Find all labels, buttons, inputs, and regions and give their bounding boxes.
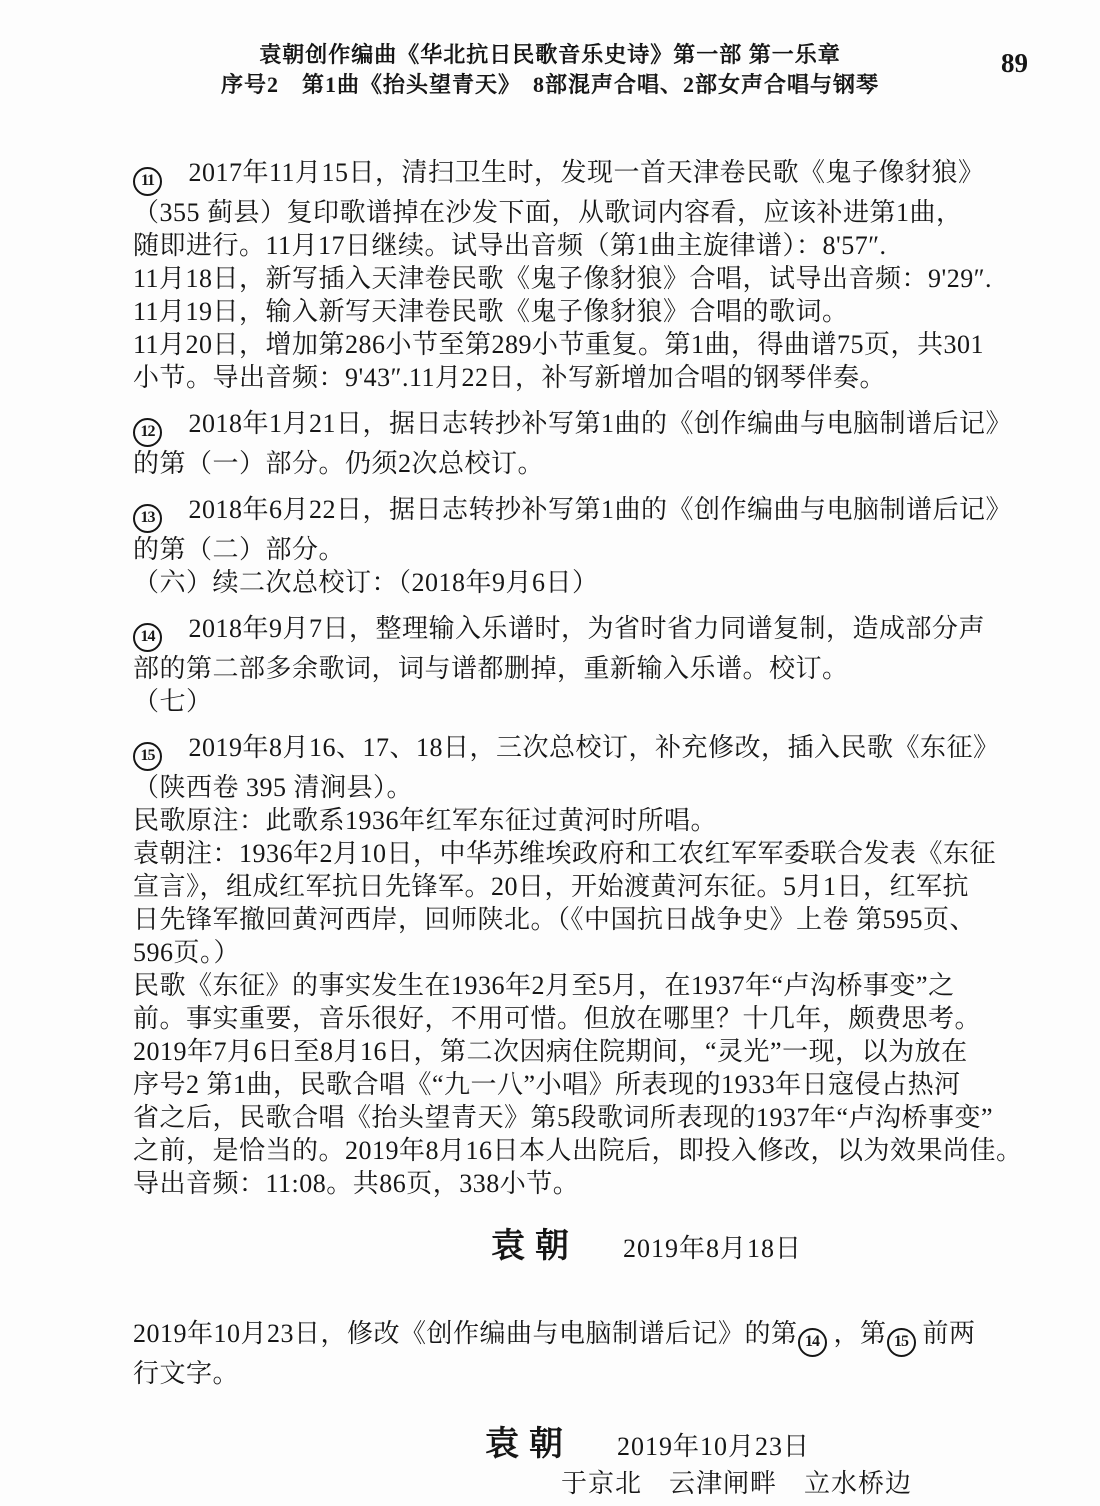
text-segment: 随即进行。11月17日继续。试导出音频（第1曲主旋律谱）：8'57″. [133,231,887,260]
text-segment: （六）续二次总校订：（2018年9月6日） [133,568,599,597]
text-line: （七） [133,685,1012,718]
text-line: 民歌《东征》的事实发生在1936年2月至5月，在1937年“卢沟桥事变”之 [133,969,1012,1002]
text-segment: 2019年10月23日，修改《创作编曲与电脑制谱后记》的第 [133,1319,798,1348]
text-line: 小节。导出音频：9'43″.11月22日，补写新增加合唱的钢琴伴奏。 [133,361,1012,394]
document-content: 11 2017年11月15日，清扫卫生时，发现一首天津卷民歌《鬼子像豺狼》（35… [133,156,1012,1501]
text-line: 导出音频：11:08。共86页，338小节。 [133,1167,1012,1200]
text-segment: 序号2 第1曲，民歌合唱《“九一八”小唱》所表现的1933年日寇侵占热河 [133,1070,961,1099]
circled-number-14: 14 [798,1328,827,1357]
text-line: 11月18日，新写插入天津卷民歌《鬼子像豺狼》合唱，试导出音频：9'29″. [133,262,1012,295]
text-line: 的第（一）部分。仍须2次总校订。 [133,447,1012,480]
text-line: 省之后，民歌合唱《抬头望青天》第5段歌词所表现的1937年“卢沟桥事变” [133,1101,1012,1134]
text-segment: 的第（一）部分。仍须2次总校订。 [133,449,544,478]
text-line: 2019年10月23日，修改《创作编曲与电脑制谱后记》的第14 ，第15 前两 [133,1317,1012,1357]
text-segment: ，第 [827,1319,887,1348]
text-line: （六）续二次总校订：（2018年9月6日） [133,566,1012,599]
text-line: 596页。） [133,936,1012,969]
text-segment: 行文字。 [133,1359,239,1388]
text-segment: 2018年9月7日，整理输入乐谱时，为省时省力同谱复制，造成部分声 [162,614,985,643]
circled-number-11: 11 [133,167,162,196]
text-line: 袁朝注：1936年2月10日，中华苏维埃政府和工农红军军委联合发表《东征 [133,837,1012,870]
text-line: 11月19日，输入新写天津卷民歌《鬼子像豺狼》合唱的歌词。 [133,295,1012,328]
text-line: 随即进行。11月17日继续。试导出音频（第1曲主旋律谱）：8'57″. [133,229,1012,262]
text-segment: 民歌原注：此歌系1936年红军东征过黄河时所唱。 [133,806,717,835]
circled-number-12: 12 [133,418,162,447]
text-line: 民歌原注：此歌系1936年红军东征过黄河时所唱。 [133,804,1012,837]
text-line: 日先锋军撤回黄河西岸，回师陕北。（《中国抗日战争史》上卷 第595页、 [133,903,1012,936]
signature-date: 2019年8月18日 [623,1228,802,1265]
text-segment: 日先锋军撤回黄河西岸，回师陕北。（《中国抗日战争史》上卷 第595页、 [133,905,976,934]
text-segment: 2019年7月6日至8月16日，第二次因病住院期间，“灵光”一现，以为放在 [133,1037,968,1066]
text-line: 12 2018年1月21日，据日志转抄补写第1曲的《创作编曲与电脑制谱后记》 [133,407,1012,447]
signature-name: 袁朝 [485,1416,573,1465]
signature-location: 于京北 云津闸畔 立水桥边 [133,1467,1012,1501]
signature-date: 2019年10月23日 [617,1426,810,1463]
text-line: 14 2018年9月7日，整理输入乐谱时，为省时省力同谱复制，造成部分声 [133,612,1012,652]
text-line: 行文字。 [133,1357,1012,1390]
text-segment: 前。事实重要，音乐很好，不用可惜。但放在哪里？十几年，颇费思考。 [133,1004,981,1033]
text-line: （陕西卷 395 清涧县）。 [133,771,1012,804]
paragraph: 15 2019年8月16、17、18日，三次总校订，补充修改，插入民歌《东征》（… [133,731,1012,1200]
text-segment: 11月19日，输入新写天津卷民歌《鬼子像豺狼》合唱的歌词。 [133,297,849,326]
text-segment: 2017年11月15日，清扫卫生时，发现一首天津卷民歌《鬼子像豺狼》 [162,158,985,187]
text-line: 序号2 第1曲，民歌合唱《“九一八”小唱》所表现的1933年日寇侵占热河 [133,1068,1012,1101]
text-segment: 596页。） [133,938,240,967]
text-line: 15 2019年8月16、17、18日，三次总校订，补充修改，插入民歌《东征》 [133,731,1012,771]
paragraph: 11 2017年11月15日，清扫卫生时，发现一首天津卷民歌《鬼子像豺狼》（35… [133,156,1012,394]
text-segment: 宣言》，组成红军抗日先锋军。20日，开始渡黄河东征。5月1日，红军抗 [133,872,969,901]
text-segment: （355 蓟县）复印歌谱掉在沙发下面，从歌词内容看，应该补进第1曲， [133,198,963,227]
text-segment: （陕西卷 395 清涧县）。 [133,773,413,802]
signature-block-1: 袁朝 2019年8月18日 [133,1218,1012,1267]
text-segment: 之前，是恰当的。2019年8月16日本人出院后，即投入修改，以为效果尚佳。 [133,1136,1023,1165]
text-line: 的第（二）部分。 [133,533,1012,566]
text-segment: 11月18日，新写插入天津卷民歌《鬼子像豺狼》合唱，试导出音频：9'29″. [133,264,992,293]
text-segment: 2018年1月21日，据日志转抄补写第1曲的《创作编曲与电脑制谱后记》 [162,409,1012,438]
circled-number-13: 13 [133,504,162,533]
signature-name: 袁朝 [491,1218,579,1267]
text-segment: 2019年8月16、17、18日，三次总校订，补充修改，插入民歌《东征》 [162,733,1000,762]
signature-block-2: 袁朝 2019年10月23日 [133,1416,1012,1465]
text-segment: （七） [133,687,213,716]
circled-number-15: 15 [133,742,162,771]
text-segment: 2018年6月22日，据日志转抄补写第1曲的《创作编曲与电脑制谱后记》 [162,495,1012,524]
text-segment: 省之后，民歌合唱《抬头望青天》第5段歌词所表现的1937年“卢沟桥事变” [133,1103,993,1132]
text-segment: 的第（二）部分。 [133,535,345,564]
header-line-2: 序号2 第1曲《抬头望青天》 8部混声合唱、2部女声合唱与钢琴 [0,70,1100,100]
text-line: 部的第二部多余歌词，词与谱都删掉，重新输入乐谱。校订。 [133,652,1012,685]
text-line: 11 2017年11月15日，清扫卫生时，发现一首天津卷民歌《鬼子像豺狼》 [133,156,1012,196]
paragraph: 13 2018年6月22日，据日志转抄补写第1曲的《创作编曲与电脑制谱后记》的第… [133,493,1012,599]
text-line: 前。事实重要，音乐很好，不用可惜。但放在哪里？十几年，颇费思考。 [133,1002,1012,1035]
circled-number-14: 14 [133,623,162,652]
text-segment: 前两 [916,1319,976,1348]
text-line: （355 蓟县）复印歌谱掉在沙发下面，从歌词内容看，应该补进第1曲， [133,196,1012,229]
text-line: 13 2018年6月22日，据日志转抄补写第1曲的《创作编曲与电脑制谱后记》 [133,493,1012,533]
page-header: 袁朝创作编曲《华北抗日民歌音乐史诗》第一部 第一乐章 序号2 第1曲《抬头望青天… [0,0,1100,100]
text-line: 之前，是恰当的。2019年8月16日本人出院后，即投入修改，以为效果尚佳。 [133,1134,1012,1167]
paragraph: 12 2018年1月21日，据日志转抄补写第1曲的《创作编曲与电脑制谱后记》的第… [133,407,1012,480]
text-line: 11月20日，增加第286小节至第289小节重复。第1曲，得曲谱75页，共301 [133,328,1012,361]
text-segment: 袁朝注：1936年2月10日，中华苏维埃政府和工农红军军委联合发表《东征 [133,839,996,868]
paragraphs-section: 11 2017年11月15日，清扫卫生时，发现一首天津卷民歌《鬼子像豺狼》（35… [133,156,1012,1200]
text-segment: 民歌《东征》的事实发生在1936年2月至5月，在1937年“卢沟桥事变”之 [133,971,955,1000]
text-segment: 小节。导出音频：9'43″.11月22日，补写新增加合唱的钢琴伴奏。 [133,363,886,392]
text-segment: 导出音频：11:08。共86页，338小节。 [133,1169,579,1198]
circled-number-15: 15 [887,1328,916,1357]
header-line-1: 袁朝创作编曲《华北抗日民歌音乐史诗》第一部 第一乐章 [0,40,1100,70]
text-segment: 11月20日，增加第286小节至第289小节重复。第1曲，得曲谱75页，共301 [133,330,984,359]
paragraph: 14 2018年9月7日，整理输入乐谱时，为省时省力同谱复制，造成部分声部的第二… [133,612,1012,718]
text-line: 宣言》，组成红军抗日先锋军。20日，开始渡黄河东征。5月1日，红军抗 [133,870,1012,903]
text-line: 2019年7月6日至8月16日，第二次因病住院期间，“灵光”一现，以为放在 [133,1035,1012,1068]
amendment-note: 2019年10月23日，修改《创作编曲与电脑制谱后记》的第14 ，第15 前两行… [133,1317,1012,1390]
text-segment: 部的第二部多余歌词，词与谱都删掉，重新输入乐谱。校订。 [133,654,849,683]
document-page: 袁朝创作编曲《华北抗日民歌音乐史诗》第一部 第一乐章 序号2 第1曲《抬头望青天… [0,0,1100,1506]
page-number: 89 [1001,48,1028,79]
